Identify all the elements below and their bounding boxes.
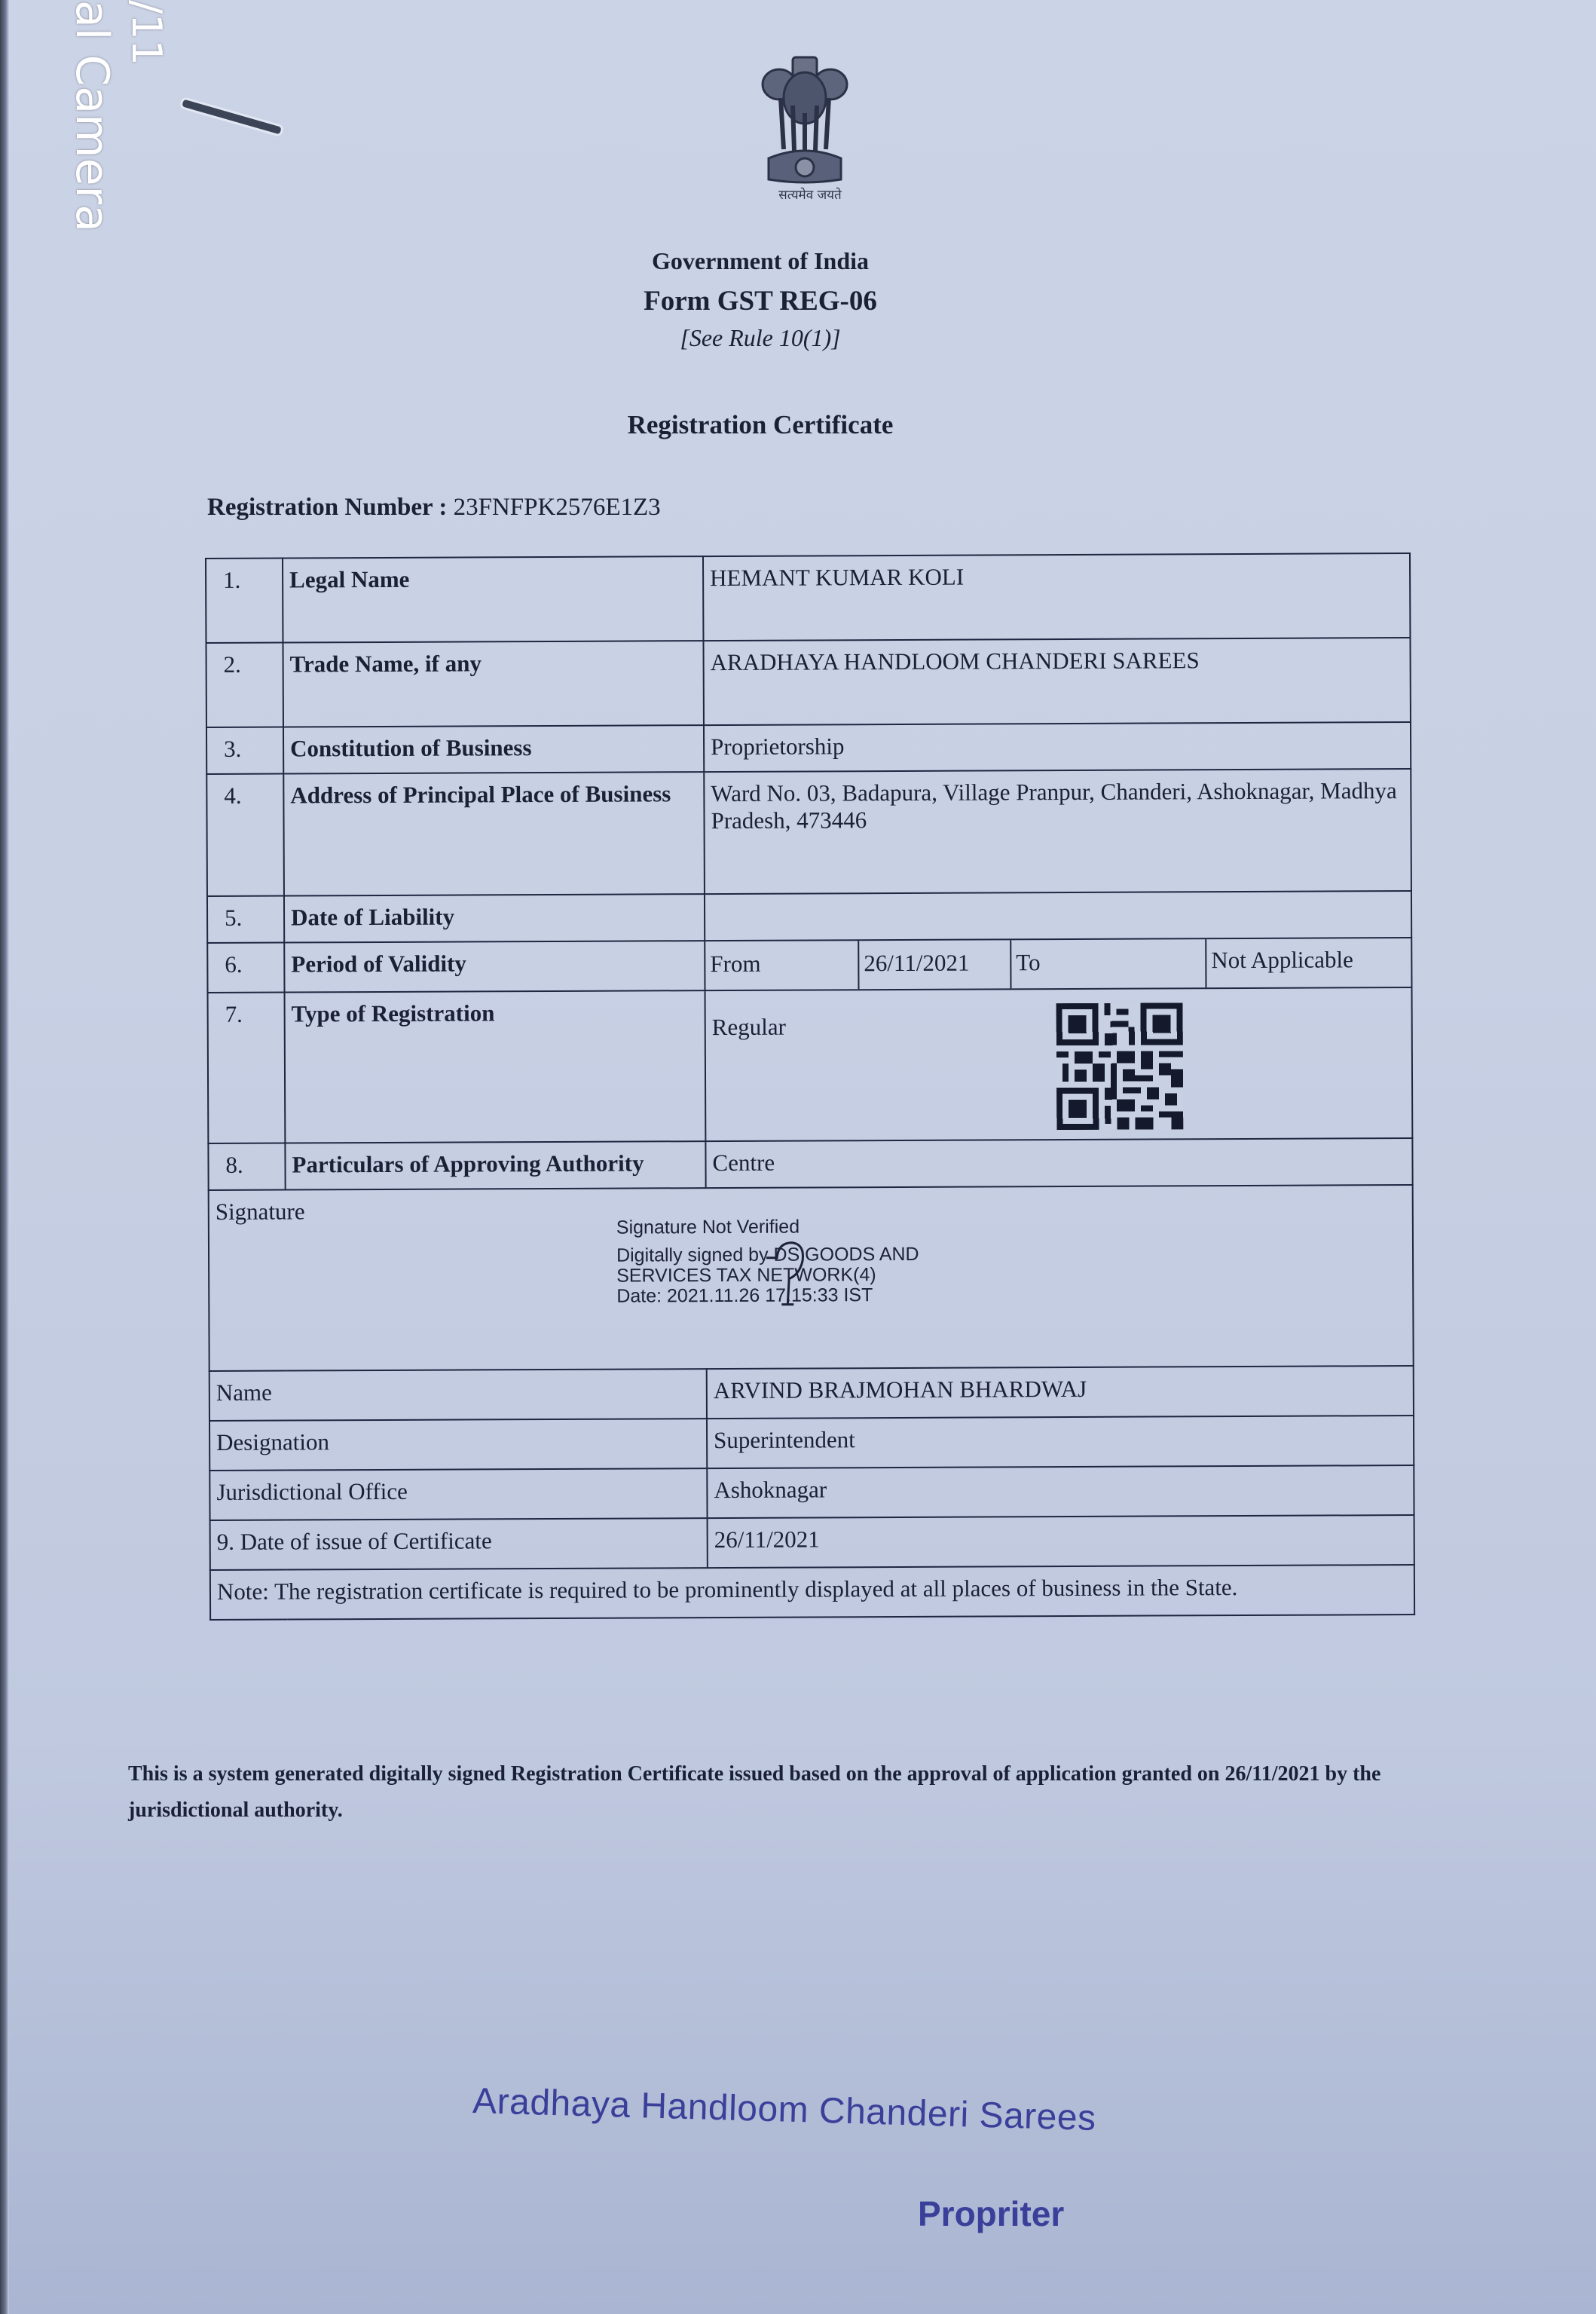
row-label: Date of Liability [284,894,705,942]
approving-authority-value: Centre [705,1138,1412,1188]
camera-watermark-label: al Camera [65,0,119,232]
row-label: Constitution of Business [283,725,704,773]
validity-to-label: To [1011,939,1206,988]
officer-label: 9. Date of issue of Certificate [210,1518,708,1570]
row-label: Particulars of Approving Authority [285,1141,705,1189]
officer-row: Designation Superintendent [209,1416,1414,1471]
registration-number-label: Registration Number : [207,494,447,521]
emblem-motto: सत्यमेव जयते [757,185,863,203]
row-label: Trade Name, if any [283,641,703,727]
row-number: 2. [206,643,283,727]
certificate-title: Registration Certificate [0,410,1558,440]
row-number: 3. [206,727,283,774]
trade-name-value: ARADHAYA HANDLOOM CHANDERI SAREES [703,638,1410,725]
row-number: 7. [208,993,286,1143]
staple-mark [182,99,282,135]
officer-label: Jurisdictional Office [209,1468,707,1520]
registration-type-cell: Regular [705,987,1413,1141]
officer-label: Name [209,1369,707,1421]
display-note: Note: The registration certificate is re… [210,1565,1414,1620]
table-row: 7. Type of Registration Regular [208,987,1413,1143]
validity-from-label: From [705,941,859,990]
validity-cell: From 26/11/2021 To Not Applicable [705,938,1411,990]
registration-type-value: Regular [712,1014,786,1041]
proprietor-stamp: Propriter [918,2193,1064,2234]
signature-row: Signature Signature Not Verified Digital… [209,1185,1414,1371]
table-row: 1. Legal Name HEMANT KUMAR KOLI [206,553,1410,643]
form-heading: Form GST REG-06 [0,285,1558,317]
note-row: Note: The registration certificate is re… [210,1565,1414,1620]
date-of-liability-value [705,891,1411,941]
legal-name-value: HEMANT KUMAR KOLI [703,553,1410,641]
registration-number-value: 23FNFPK2576E1Z3 [454,494,661,521]
jurisdictional-office-value: Ashoknagar [707,1465,1414,1518]
row-label: Legal Name [283,556,703,642]
national-emblem-icon [758,53,852,188]
business-rubber-stamp: Aradhaya Handloom Chanderi Sarees [472,2080,1096,2139]
row-label: Type of Registration [285,990,706,1143]
row-number: 4. [206,774,284,896]
table-row: 3. Constitution of Business Proprietorsh… [206,722,1411,774]
certificate-table: 1. Legal Name HEMANT KUMAR KOLI 2. Trade… [205,552,1415,1621]
table-row: 4. Address of Principal Place of Busines… [206,769,1411,896]
officer-label: Designation [209,1419,707,1471]
rule-reference: [See Rule 10(1)] [0,324,1558,352]
officer-row: 9. Date of issue of Certificate 26/11/20… [210,1515,1414,1570]
system-generated-statement: This is a system generated digitally sig… [128,1756,1484,1829]
constitution-value: Proprietorship [704,722,1411,772]
row-label: Address of Principal Place of Business [283,772,705,895]
issue-date-value: 26/11/2021 [708,1515,1414,1568]
qr-code-icon[interactable] [1056,1002,1184,1130]
table-row: 8. Particulars of Approving Authority Ce… [208,1138,1412,1190]
government-heading: Government of India [0,247,1558,275]
table-row: 5. Date of Liability [207,891,1411,943]
officer-name-value: ARVIND BRAJMOHAN BHARDWAJ [707,1366,1414,1419]
row-number: 1. [206,559,283,643]
camera-watermark: /11 al Camera [65,0,173,232]
address-value: Ward No. 03, Badapura, Village Pranpur, … [704,769,1411,894]
registration-number: Registration Number : 23FNFPK2576E1Z3 [207,494,661,522]
officer-row: Name ARVIND BRAJMOHAN BHARDWAJ [209,1366,1414,1421]
signature-question-mark-icon [763,1235,816,1310]
validity-to-value: Not Applicable [1206,938,1411,987]
designation-value: Superintendent [707,1416,1414,1468]
row-label: Period of Validity [284,941,705,992]
row-number: 6. [207,943,284,993]
table-row: 6. Period of Validity From 26/11/2021 To… [207,938,1411,993]
validity-from-value: 26/11/2021 [859,940,1011,989]
signature-cell: Signature Signature Not Verified Digital… [209,1185,1414,1371]
officer-row: Jurisdictional Office Ashoknagar [209,1465,1414,1520]
camera-watermark-date: /11 [119,0,173,232]
row-number: 8. [208,1143,285,1190]
table-row: 2. Trade Name, if any ARADHAYA HANDLOOM … [206,638,1410,727]
row-number: 5. [207,896,284,943]
